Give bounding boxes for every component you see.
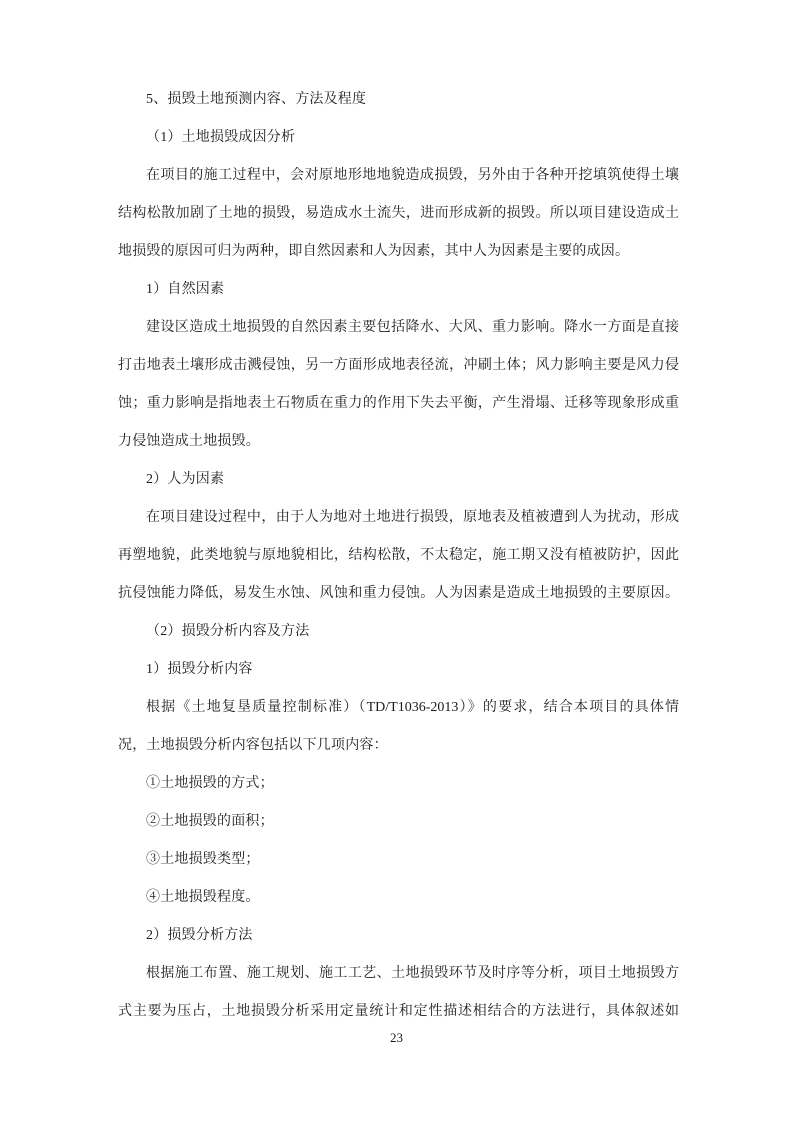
text-line: ④土地损毁程度。 [118,879,679,917]
text-line: 在项目的施工过程中，会对原地形地地貌造成损毁，另外由于各种开挖填筑使得土壤 [118,157,679,195]
document-page: 5、损毁土地预测内容、方法及程度（1）土地损毁成因分析在项目的施工过程中，会对原… [0,0,793,1121]
text-line: 打击地表土壤形成击溅侵蚀，另一方面形成地表径流，冲刷土体；风力影响主要是风力侵 [118,347,679,385]
text-line: 蚀；重力影响是指地表土石物质在重力的作用下失去平衡，产生滑塌、迁移等现象形成重 [118,385,679,423]
text-line: 1）损毁分析内容 [118,651,679,689]
text-line: 1）自然因素 [118,271,679,309]
text-line: 在项目建设过程中，由于人为地对土地进行损毁，原地表及植被遭到人为扰动，形成 [118,499,679,537]
text-line: 地损毁的原因可归为两种，即自然因素和人为因素，其中人为因素是主要的成因。 [118,233,679,271]
text-line: 2）人为因素 [118,461,679,499]
text-line: 5、损毁土地预测内容、方法及程度 [118,81,679,119]
text-line: 再塑地貌，此类地貌与原地貌相比，结构松散，不太稳定，施工期又没有植被防护，因此 [118,537,679,575]
text-line: 根据《土地复垦质量控制标准）（TD/T1036-2013）》的要求，结合本项目的… [118,689,679,727]
text-line: 力侵蚀造成土地损毁。 [118,423,679,461]
text-line: 2）损毁分析方法 [118,917,679,955]
text-line: 结构松散加剧了土地的损毁，易造成水土流失，进而形成新的损毁。所以项目建设造成土 [118,195,679,233]
document-body: 5、损毁土地预测内容、方法及程度（1）土地损毁成因分析在项目的施工过程中，会对原… [118,81,679,1031]
text-line: ②土地损毁的面积； [118,803,679,841]
text-line: 况，土地损毁分析内容包括以下几项内容： [118,727,679,765]
text-line: ①土地损毁的方式； [118,765,679,803]
text-line: 根据施工布置、施工规划、施工工艺、土地损毁环节及时序等分析，项目土地损毁方 [118,955,679,993]
text-line: （2）损毁分析内容及方法 [118,613,679,651]
text-line: 建设区造成土地损毁的自然因素主要包括降水、大风、重力影响。降水一方面是直接 [118,309,679,347]
text-line: 抗侵蚀能力降低，易发生水蚀、风蚀和重力侵蚀。人为因素是造成土地损毁的主要原因。 [118,575,679,613]
text-line: （1）土地损毁成因分析 [118,119,679,157]
text-line: ③土地损毁类型； [118,841,679,879]
page-number: 23 [0,1026,793,1050]
